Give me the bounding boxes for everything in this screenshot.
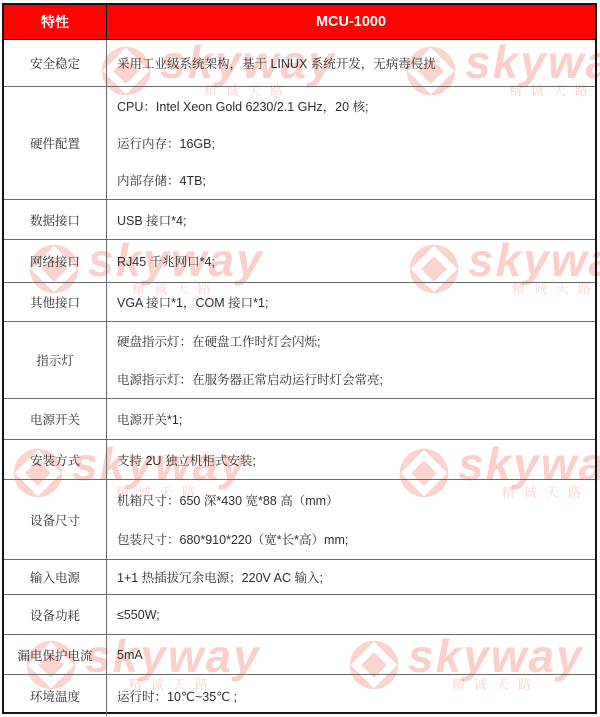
table-row: 漏电保护电流 5mA [4,635,595,675]
spec-table: 特性 MCU-1000 安全稳定 采用工业级系统架构，基于 LINUX 系统开发… [2,3,597,714]
row-label: 网络接口 [4,240,107,282]
row-value-line: 硬盘指示灯：在硬盘工作时灯会闪烁; [117,322,595,360]
row-value-line: 内部存储：4TB; [117,162,595,199]
header-feature-cell: 特性 [4,5,107,39]
row-label: 指示灯 [4,322,107,398]
table-header-row: 特性 MCU-1000 [4,5,595,40]
row-label: 设备尺寸 [4,480,107,559]
row-label: 安全稳定 [4,40,107,86]
header-model-cell: MCU-1000 [107,5,595,39]
row-value-line: CPU：Intel Xeon Gold 6230/2.1 GHz，20 核; [117,87,595,124]
row-label: 输入电源 [4,560,107,594]
table-row: 安全稳定 采用工业级系统架构，基于 LINUX 系统开发，无病毒侵扰 [4,40,595,87]
row-value-line: 包装尺寸：680*910*220（宽*长*高）mm; [117,520,595,560]
table-row: 硬件配置 CPU：Intel Xeon Gold 6230/2.1 GHz，20… [4,87,595,200]
table-row: 环境温度 运行时：10℃~35℃ ; [4,675,595,716]
row-value-cell: 运行时：10℃~35℃ ; [107,675,595,716]
row-value-line: 5mA [117,635,595,674]
row-label: 电源开关 [4,399,107,439]
row-label: 安装方式 [4,440,107,479]
row-value-cell: 机箱尺寸：650 深*430 宽*88 高（mm） 包装尺寸：680*910*2… [107,480,595,559]
row-label: 其他接口 [4,283,107,321]
row-value-cell: 硬盘指示灯：在硬盘工作时灯会闪烁; 电源指示灯：在服务器正常启动运行时灯会常亮; [107,322,595,398]
row-label: 数据接口 [4,200,107,239]
row-value-line: 采用工业级系统架构，基于 LINUX 系统开发，无病毒侵扰 [117,40,595,86]
row-value-cell: 采用工业级系统架构，基于 LINUX 系统开发，无病毒侵扰 [107,40,595,86]
row-value-line: 支持 2U 独立机柜式安装; [117,440,595,479]
table-row: 设备功耗 ≤550W; [4,595,595,635]
row-label: 硬件配置 [4,87,107,199]
row-label: 设备功耗 [4,595,107,634]
row-label: 环境温度 [4,675,107,716]
row-value-line: USB 接口*4; [117,200,595,239]
row-value-cell: CPU：Intel Xeon Gold 6230/2.1 GHz，20 核; 运… [107,87,595,199]
table-row: 输入电源 1+1 热插拔冗余电源；220V AC 输入; [4,560,595,595]
table-row: 网络接口 RJ45 千兆网口*4; [4,240,595,283]
row-value-cell: ≤550W; [107,595,595,634]
row-value-line: 运行时：10℃~35℃ ; [117,675,595,716]
row-value-line: VGA 接口*1，COM 接口*1; [117,283,595,321]
table-row: 设备尺寸 机箱尺寸：650 深*430 宽*88 高（mm） 包装尺寸：680*… [4,480,595,560]
table-row: 电源开关 电源开关*1; [4,399,595,440]
table-row: 其他接口 VGA 接口*1，COM 接口*1; [4,283,595,322]
row-value-cell: 支持 2U 独立机柜式安装; [107,440,595,479]
row-value-cell: 电源开关*1; [107,399,595,439]
row-value-cell: RJ45 千兆网口*4; [107,240,595,282]
row-value-line: ≤550W; [117,595,595,634]
table-row: 安装方式 支持 2U 独立机柜式安装; [4,440,595,480]
row-value-cell: 1+1 热插拔冗余电源；220V AC 输入; [107,560,595,594]
row-value-line: 1+1 热插拔冗余电源；220V AC 输入; [117,560,595,594]
row-value-cell: USB 接口*4; [107,200,595,239]
table-row: 指示灯 硬盘指示灯：在硬盘工作时灯会闪烁; 电源指示灯：在服务器正常启动运行时灯… [4,322,595,399]
table-row: 数据接口 USB 接口*4; [4,200,595,240]
row-value-cell: 5mA [107,635,595,674]
row-value-line: RJ45 千兆网口*4; [117,240,595,282]
row-value-line: 机箱尺寸：650 深*430 宽*88 高（mm） [117,480,595,520]
row-label: 漏电保护电流 [4,635,107,674]
row-value-line: 电源开关*1; [117,399,595,439]
row-value-line: 运行内存：16GB; [117,124,595,161]
row-value-line: 电源指示灯：在服务器正常启动运行时灯会常亮; [117,360,595,398]
row-value-cell: VGA 接口*1，COM 接口*1; [107,283,595,321]
